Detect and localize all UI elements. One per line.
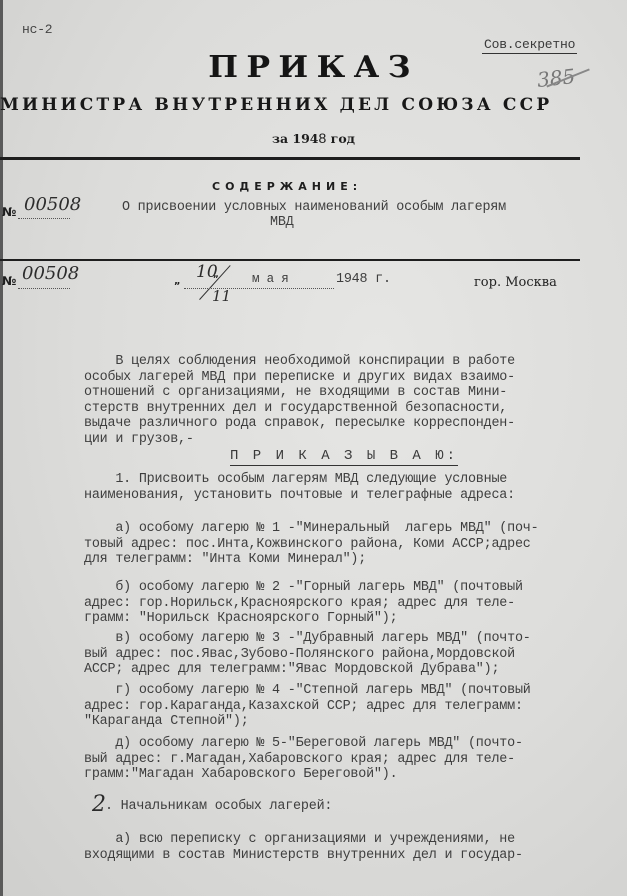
- document-subtitle: МИНИСТРА ВНУТРЕННИХ ДЕЛ СОЮЗА ССР: [0, 95, 552, 115]
- paragraph-1-line: наименования, установить почтовые и теле…: [84, 488, 515, 503]
- contents-heading: СОДЕРЖАНИЕ:: [212, 180, 362, 193]
- number-line-2: [18, 288, 70, 289]
- paragraph-1b-line: адрес: гор.Норильск,Красноярского края; …: [84, 596, 515, 611]
- paragraph-1e-line: вый адрес: г.Магадан,Хабаровского края; …: [84, 752, 515, 767]
- preamble-line: выдаче различного рода справок, пересылк…: [84, 416, 515, 431]
- contents-text-2: МВД: [270, 215, 294, 230]
- paragraph-1a-line: а) особому лагерю № 1 -"Минеральный лаге…: [84, 521, 538, 536]
- paragraph-1b-line: б) особому лагерю № 2 -"Горный лагерь МВ…: [84, 580, 523, 595]
- year-suffix: год: [331, 131, 355, 146]
- paragraph-1d-line: г) особому лагерю № 4 -"Степной лагерь М…: [84, 683, 531, 698]
- header-divider: [0, 157, 580, 160]
- date-line: [184, 288, 334, 289]
- preamble-line: особых лагерей МВД при переписке и други…: [84, 370, 515, 385]
- date-open-quote: „: [174, 276, 181, 287]
- paragraph-2a-line: входящими в состав Министерств внутренни…: [84, 848, 523, 863]
- paragraph-1d-line: адрес: гор.Караганда,Казахской ССР; адре…: [84, 699, 523, 714]
- city: гор. Москва: [474, 275, 557, 290]
- preamble-line: отношений с организациями, не входящими …: [84, 385, 507, 400]
- year-digit: 8: [319, 130, 327, 146]
- paragraph-1c-line: вый адрес: пос.Явас,Зубово-Полянского ра…: [84, 647, 515, 662]
- paragraph-1a-line: товый адрес: пос.Инта,Кожвинского района…: [84, 537, 531, 552]
- order-heading: П Р И К А З Ы В А Ю:: [230, 448, 458, 466]
- number-line: [18, 218, 70, 219]
- preamble-line: стерств внутренних дел и государственной…: [84, 401, 507, 416]
- paragraph-2a-line: а) всю переписку с организациями и учреж…: [84, 832, 515, 847]
- document-title: ПРИКАЗ: [0, 50, 627, 85]
- section-2-text: . Начальникам особых лагерей:: [105, 799, 332, 814]
- paragraph-1b-line: грамм: "Норильск Красноярского Горный");: [84, 611, 397, 626]
- form-code: нс-2: [22, 22, 52, 37]
- paragraph-1c-line: АССР; адрес для телеграмм:"Явас Мордовск…: [84, 662, 499, 677]
- contents-divider: [0, 259, 580, 261]
- paragraph-1c-line: в) особому лагерю № 3 -"Дубравный лагерь…: [84, 631, 531, 646]
- paragraph-1e-line: грамм:"Магадан Хабаровского Береговой").: [84, 767, 397, 782]
- year-prefix: за 194: [272, 131, 319, 146]
- paragraph-1d-line: "Караганда Степной");: [84, 714, 249, 729]
- date-year: 1948 г.: [336, 272, 391, 287]
- document-year: за 1948 год: [0, 130, 627, 146]
- paragraph-1-line: 1. Присвоить особым лагерям МВД следующи…: [84, 472, 507, 487]
- number-label: №: [2, 205, 16, 219]
- order-number-2: 00508: [22, 263, 79, 284]
- contents-text-1: О присвоении условных наименований особы…: [122, 200, 506, 215]
- section-2-number: 2: [92, 792, 106, 817]
- date-month: м а я: [252, 272, 289, 286]
- paragraph-1e-line: д) особому лагерю № 5-"Береговой лагерь …: [84, 736, 523, 751]
- preamble-line: В целях соблюдения необходимой конспирац…: [84, 354, 515, 369]
- preamble-line: ции и грузов,-: [84, 432, 194, 447]
- number-label-2: №: [2, 274, 16, 288]
- date-correction: 11: [212, 287, 231, 305]
- paragraph-1a-line: для телеграмм: "Инта Коми Минерал");: [84, 552, 366, 567]
- order-number: 00508: [24, 194, 81, 215]
